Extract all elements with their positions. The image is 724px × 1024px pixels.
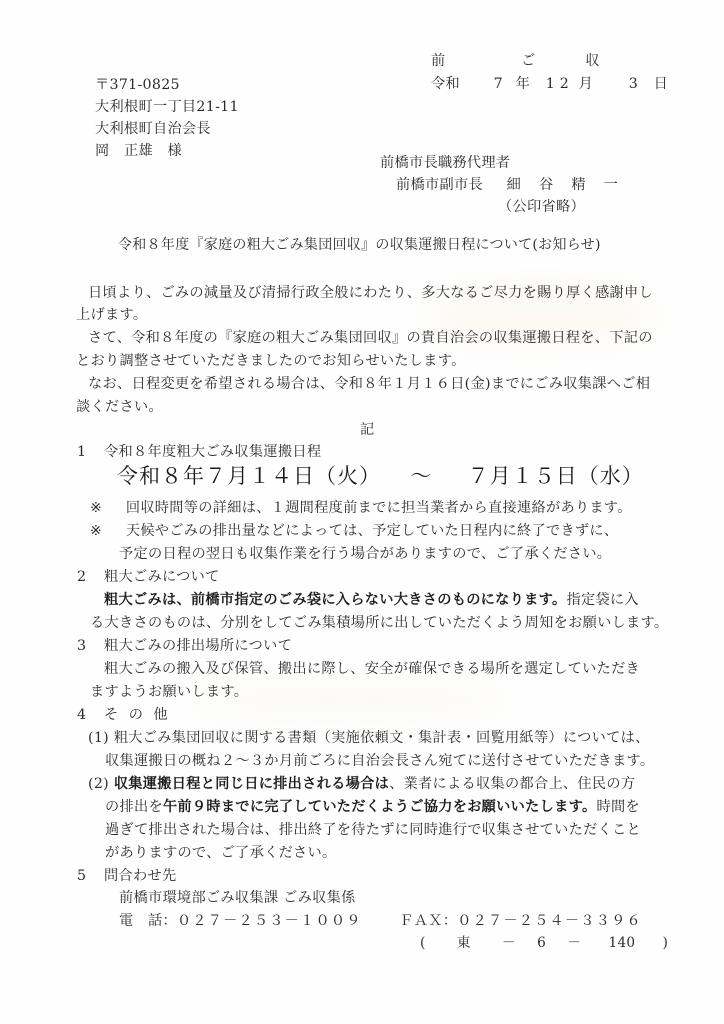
document-page: 前 ご 収 令和 7 年 12 月 3 日 〒371-0825 大利根町一丁目2… xyxy=(0,0,724,1024)
ref-dash: － xyxy=(502,935,516,951)
item-1-line2: 収集運搬日の概ね２～３か月前ごろに自治会長さん宛てに送付させていただきます。 xyxy=(105,750,654,772)
ref-code: 140 xyxy=(609,935,636,951)
sender-name: 細 谷 精 一 xyxy=(507,177,620,193)
recipient-name: 岡 正雄 様 xyxy=(95,140,182,162)
contact-phone-fax: 電 話：０２７－２５３－１００９ ＦＡＸ：０２７－２５４－３３９６ xyxy=(119,910,642,932)
date-year-unit: 年 xyxy=(516,76,531,92)
item-text: 、業者による収集の都合上、住民の方 xyxy=(389,776,635,792)
item-2-line2: の排出を午前９時までに完了していただくようご協力をお願いいたします。時間を xyxy=(105,796,640,818)
date-day-unit: 日 xyxy=(654,76,669,92)
ki-label: 記 xyxy=(360,419,375,441)
section-number: 5 xyxy=(77,865,86,887)
item-text: 時間を xyxy=(596,799,639,815)
item-2-line3: 過ぎて排出された場合は、排出終了を待たずに同時進行で収集させていただくこと xyxy=(105,819,641,841)
body-line: なお、日程変更を希望される場合は、令和８年１月１６日(金)までにごみ収集課へご相 xyxy=(88,373,650,395)
section-2-line2: る大きさのものは、分別をしてごみ集積場所に出していただくよう周知をお願いします。 xyxy=(90,612,668,634)
section-heading: そ の 他 xyxy=(104,704,171,726)
reference-mark: ※ xyxy=(90,523,102,539)
item-1-line1: (1) 粗大ごみ集団回収に関する書類（実施依頼文・集計表・回覧用紙等）については… xyxy=(88,727,650,749)
date-month: 12 xyxy=(546,76,574,92)
section-heading: 令和８年度粗大ごみ収集運搬日程 xyxy=(104,441,321,463)
section-3-line2: ますようお願いします。 xyxy=(90,681,248,703)
text-cont: 指定袋に入 xyxy=(566,592,638,608)
section-number: 3 xyxy=(77,635,86,657)
receipt-stamp: 前 ご 収 xyxy=(431,50,600,72)
fax-number: ０２７－２５４－３３９６ xyxy=(457,913,642,929)
section-number: 4 xyxy=(77,704,86,726)
note-2: ※ 天候やごみの排出量などによっては、予定していた日程内に終了できずに、 xyxy=(90,520,618,542)
schedule-end: ７月１５日（水） xyxy=(468,464,644,488)
sender-line1: 前橋市長職務代理者 xyxy=(380,152,510,174)
stamp-char: ご xyxy=(521,53,536,69)
ref-dash: － xyxy=(567,935,581,951)
date-month-unit: 月 xyxy=(579,76,594,92)
date-day: 3 xyxy=(629,76,638,92)
reference-mark: ※ xyxy=(90,500,102,516)
ref-paren-close: ) xyxy=(663,935,669,951)
section-3-line1: 粗大ごみの搬入及び保管、搬出に際し、安全が確保できる場所を選定していただき xyxy=(104,658,640,680)
recipient-organization: 大利根町自治会長 xyxy=(95,118,211,140)
ref-number: 6 xyxy=(537,935,546,951)
stamp-char: 収 xyxy=(585,53,600,69)
section-number: 1 xyxy=(77,441,86,463)
bold-text: 午前９時までに完了していただくようご協力をお願いいたします。 xyxy=(163,799,597,815)
item-2-line1: (2) 収集運搬日程と同じ日に排出される場合は、業者による収集の都合上、住民の方 xyxy=(88,773,635,795)
note-2-cont: 予定の日程の翌日も収集作業を行う場合がありますので、ご了承ください。 xyxy=(119,543,611,565)
item-text: の排出を xyxy=(105,799,163,815)
ref-area: 東 xyxy=(457,935,471,951)
section-number: 2 xyxy=(77,566,86,588)
phone-number: ０２７－２５３－１００９ xyxy=(177,913,362,929)
schedule-start: 令和８年７月１４日（火） xyxy=(117,464,381,488)
sender-title: 前橋市副市長 xyxy=(396,177,483,193)
contact-department: 前橋市環境部ごみ収集課 ごみ収集係 xyxy=(119,887,356,909)
stamp-char: 前 xyxy=(431,53,446,69)
date-era: 令和 xyxy=(431,76,460,92)
bold-text: 粗大ごみは、前橋市指定のごみ袋に入らない大きさのものになります。 xyxy=(104,592,566,608)
note-text: 天候やごみの排出量などによっては、予定していた日程内に終了できずに、 xyxy=(126,523,619,539)
fax-label: ＦＡＸ： xyxy=(399,913,457,929)
note-text: 回収時間等の詳細は、１週間程度前までに担当業者から直接連絡があります。 xyxy=(126,500,632,516)
bold-text: 収集運搬日程と同じ日に排出される場合は xyxy=(114,776,389,792)
postal-code: 〒371-0825 xyxy=(95,74,180,96)
body-line: 日頃より、ごみの減量及び清掃行政全般にわたり、多大なるご尽力を賜り厚く感謝申し xyxy=(88,282,653,304)
seal-omitted-note: （公印省略） xyxy=(498,196,585,218)
recipient-address: 大利根町一丁目21-11 xyxy=(95,96,239,118)
body-line: 上げます。 xyxy=(76,304,147,326)
collection-schedule: 令和８年７月１４日（火） ～ ７月１５日（水） xyxy=(117,461,644,491)
item-marker: (2) xyxy=(88,776,109,792)
section-2-line1: 粗大ごみは、前橋市指定のごみ袋に入らない大きさのものになります。指定袋に入 xyxy=(104,589,639,611)
document-title: 令和８年度『家庭の粗大ごみ集団回収』の収集運搬日程について(お知らせ) xyxy=(118,234,601,256)
schedule-separator: ～ xyxy=(410,464,432,488)
body-line: さて、令和８年度の『家庭の粗大ごみ集団回収』の貴自治会の収集運搬日程を、下記の xyxy=(88,327,653,349)
item-2-line4: がありますので、ご了承ください。 xyxy=(105,842,337,864)
item-marker: (1) xyxy=(88,730,109,746)
date-year: 7 xyxy=(494,76,503,92)
reference-code: ( 東 － 6 － 140 ) xyxy=(420,932,668,954)
sender-title-name: 前橋市副市長 細 谷 精 一 xyxy=(396,174,620,196)
section-heading: 粗大ごみについて xyxy=(104,566,220,588)
section-heading: 粗大ごみの排出場所について xyxy=(104,635,292,657)
note-1: ※ 回収時間等の詳細は、１週間程度前までに担当業者から直接連絡があります。 xyxy=(90,497,632,519)
body-line: 談ください。 xyxy=(76,396,163,418)
issue-date: 令和 7 年 12 月 3 日 xyxy=(431,73,668,95)
body-line: とおり調整させていただきましたのでお知らせいたします。 xyxy=(76,350,466,372)
item-text: 粗大ごみ集団回収に関する書類（実施依頼文・集計表・回覧用紙等）については、 xyxy=(114,730,650,746)
phone-label: 電 話： xyxy=(119,913,177,929)
section-heading: 問合わせ先 xyxy=(104,865,176,887)
ref-paren-open: ( xyxy=(420,935,426,951)
